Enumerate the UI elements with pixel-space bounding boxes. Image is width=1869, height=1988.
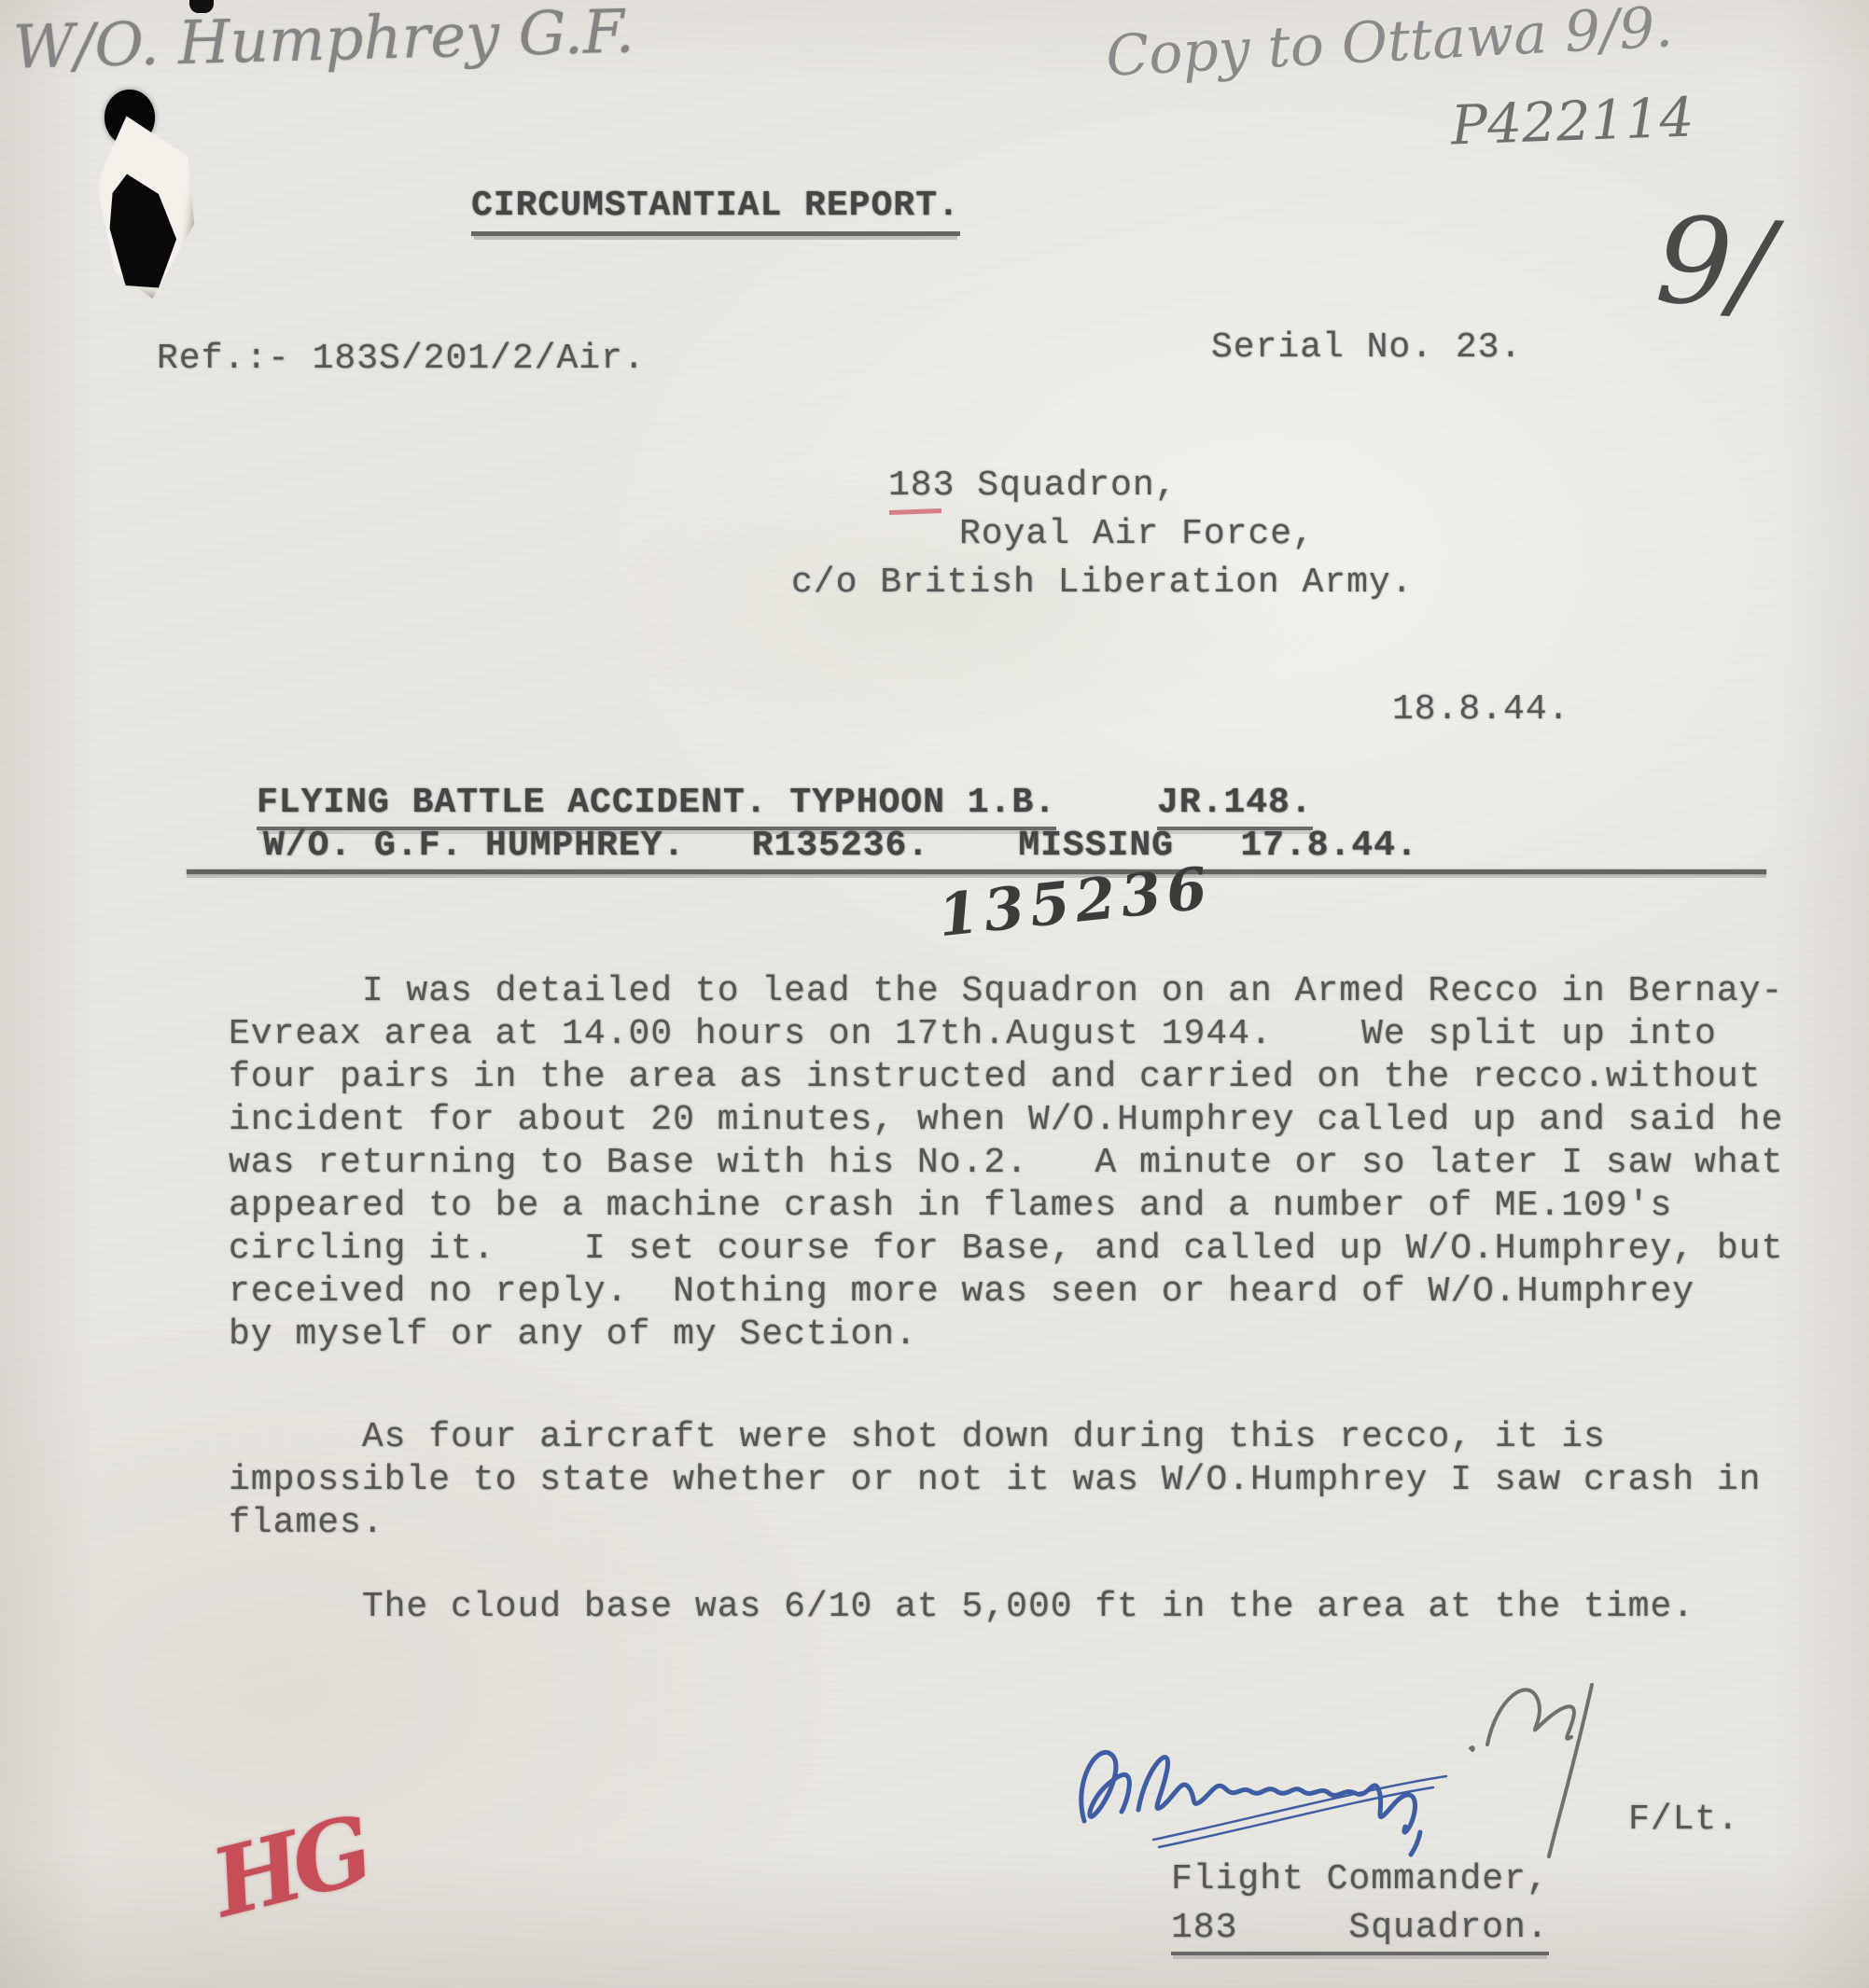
- address-line-squadron: 183 Squadron,: [888, 465, 1177, 507]
- pencil-scribble: [1456, 1659, 1652, 1864]
- subject-underline-rule: [187, 869, 1766, 874]
- handwritten-copy-note: Copy to Ottawa 9/9.: [1105, 0, 1675, 90]
- bleedthrough-smudge: [597, 466, 1325, 746]
- report-title: CIRCUMSTANTIAL REPORT.: [471, 185, 960, 236]
- report-date: 18.8.44.: [1392, 688, 1569, 731]
- body-paragraph-2: As four aircraft were shot down during t…: [229, 1416, 1869, 1545]
- signature-ink: [1064, 1690, 1493, 1868]
- signature-title: Flight Commander,: [1171, 1858, 1549, 1901]
- subject-line1-right: JR.148.: [1157, 782, 1313, 830]
- handwritten-casualty-name: W/O. Humphrey G.F.: [12, 0, 635, 83]
- subject-line2: W/O. G.F. HUMPHREY. R135236. MISSING 17.…: [263, 825, 1418, 868]
- serial-number: Serial No. 23.: [1211, 327, 1522, 369]
- handwritten-service-number: 135236: [935, 854, 1216, 950]
- address-line-bla: c/o British Liberation Army.: [791, 562, 1414, 605]
- handwritten-file-number: P422114: [1450, 85, 1695, 157]
- signature-unit: 183 Squadron.: [1171, 1907, 1549, 1955]
- body-paragraph-1: I was detailed to lead the Squadron on a…: [229, 970, 1869, 1356]
- document-page: W/O. Humphrey G.F. Copy to Ottawa 9/9. P…: [0, 0, 1869, 1988]
- signature-rank: F/Lt.: [1628, 1799, 1739, 1842]
- reference-number: Ref.:- 183S/201/2/Air.: [157, 338, 646, 381]
- handwritten-page-number: 9/: [1653, 191, 1776, 336]
- body-paragraph-3: The cloud base was 6/10 at 5,000 ft in t…: [229, 1586, 1869, 1629]
- subject-line1-left: FLYING BATTLE ACCIDENT. TYPHOON 1.B.: [257, 782, 1056, 830]
- red-initials: HG: [202, 1795, 377, 1939]
- address-line-raf: Royal Air Force,: [959, 513, 1315, 556]
